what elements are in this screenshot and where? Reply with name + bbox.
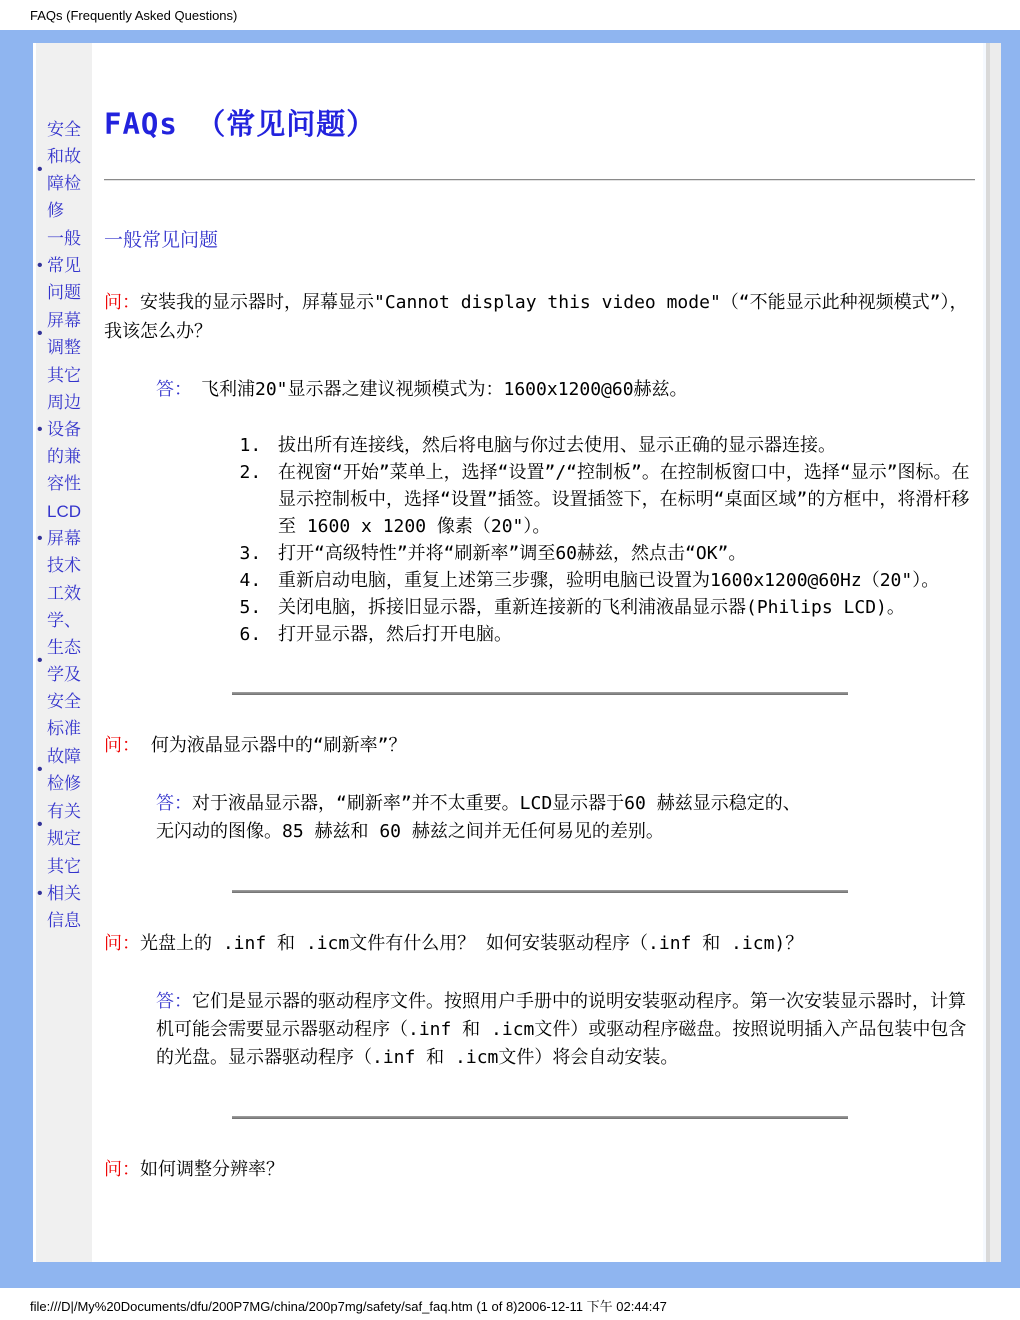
faq4-question: 问：如何调整分辨率？ [104,1155,975,1184]
sidebar-item-label[interactable]: 其它周边设备的兼容性 [47,362,87,497]
sidebar-item-label[interactable]: 安全和故障检修 [47,116,87,224]
sidebar-item-label[interactable]: 故障检修 [47,743,87,797]
faq1-answer: 答： 飞利浦20"显示器之建议视频模式为：1600x1200@60赫兹。 [156,376,975,404]
bullet-icon: • [37,422,47,438]
sidebar-item-other-info[interactable]: • 其它相关信息 [36,853,92,934]
faq2-answer: 答：对于液晶显示器，“刷新率”并不太重要。LCD显示器于60 赫兹显示稳定的、无… [156,790,975,846]
sidebar-item-safety-troubleshooting[interactable]: • 安全和故障检修 [36,116,92,224]
sidebar-item-label[interactable]: 工效学、生态学及安全标准 [47,580,87,742]
bullet-icon: • [37,162,47,178]
step-item: 关闭电脑，拆接旧显示器，重新连接新的飞利浦液晶显示器(Philips LCD)。 [272,594,975,621]
question-label: 问： [104,1159,140,1180]
answer-label: 答： [156,991,192,1012]
page: FAQs (Frequently Asked Questions) • 安全和故… [0,0,1020,1320]
scrollbar-track[interactable] [986,43,1001,1262]
sidebar-item-troubleshooting[interactable]: • 故障检修 [36,743,92,797]
question-label: 问： [104,933,140,954]
bullet-icon: • [37,326,47,342]
question-text: 何为液晶显示器中的“刷新率”？ [140,735,407,756]
content-panel: FAQs （常见问题） 一般常见问题 问：安装我的显示器时，屏幕显示"Canno… [92,43,983,1262]
sidebar-item-label[interactable]: 屏幕调整 [47,307,87,361]
question-label: 问： [104,292,140,313]
bullet-icon: • [37,653,47,669]
faq1-steps-list: 拔出所有连接线，然后将电脑与你过去使用、显示正确的显示器连接。 在视窗“开始”菜… [104,432,975,648]
faq3-question: 问：光盘上的 .inf 和 .icm文件有什么用？ 如何安装驱动程序（.inf … [104,929,975,958]
section-divider [232,692,848,695]
step-item: 打开显示器，然后打开电脑。 [272,621,975,648]
sidebar-item-lcd-technology[interactable]: • LCD屏幕技术 [36,498,92,579]
answer-text: 无闪动的图像。85 赫兹和 60 赫兹之间并无任何易见的差别。 [156,821,664,842]
bullet-icon: • [37,817,47,833]
faq1-question: 问：安装我的显示器时，屏幕显示"Cannot display this vide… [104,288,975,346]
faq3-answer: 答：它们是显示器的驱动程序文件。按照用户手册中的说明安装驱动程序。第一次安装显示… [156,988,975,1072]
step-item: 拔出所有连接线，然后将电脑与你过去使用、显示正确的显示器连接。 [272,432,975,459]
bullet-icon: • [37,531,47,547]
answer-text: 对于液晶显示器，“刷新率”并不太重要。LCD显示器于60 赫兹显示稳定的、 [192,793,801,814]
page-title: FAQs （常见问题） [104,105,975,143]
sidebar: • 安全和故障检修 • 一般常见问题 • 屏幕调整 • 其它周边设备的兼容性 •… [36,43,92,1262]
bullet-icon: • [37,258,47,274]
status-bar: file:///D|/My%20Documents/dfu/200P7MG/ch… [0,1288,1020,1320]
section-divider [232,1116,848,1119]
question-text: 安装我的显示器时，屏幕显示"Cannot display this video … [104,292,967,342]
section-divider [232,890,848,893]
faq2-question: 问： 何为液晶显示器中的“刷新率”？ [104,731,975,760]
answer-text: 飞利浦20"显示器之建议视频模式为：1600x1200@60赫兹。 [183,379,688,400]
file-path-text: file:///D|/My%20Documents/dfu/200P7MG/ch… [30,1299,667,1314]
sidebar-item-label[interactable]: 一般常见问题 [47,225,87,306]
window-title: FAQs (Frequently Asked Questions) [30,8,237,23]
step-item: 打开“高级特性”并将“刷新率”调至60赫兹，然点击“OK”。 [272,540,975,567]
section-heading: 一般常见问题 [104,225,975,252]
bullet-icon: • [37,886,47,902]
step-item: 在视窗“开始”菜单上，选择“设置”/“控制板”。在控制板窗口中，选择“显示”图标… [272,459,975,540]
answer-text: 它们是显示器的驱动程序文件。按照用户手册中的说明安装驱动程序。第一次安装显示器时… [156,991,966,1068]
window-title-bar: FAQs (Frequently Asked Questions) [0,0,1020,30]
sidebar-item-ergonomics-standards[interactable]: • 工效学、生态学及安全标准 [36,580,92,742]
bullet-icon: • [37,762,47,778]
answer-label: 答： [156,379,183,400]
question-label: 问： [104,735,140,756]
step-item: 重新启动电脑，重复上述第三步骤，验明电脑已设置为1600x1200@60Hz（2… [272,567,975,594]
question-text: 光盘上的 .inf 和 .icm文件有什么用？ 如何安装驱动程序（.inf 和 … [140,933,803,954]
question-text: 如何调整分辨率？ [140,1159,284,1180]
sidebar-item-label[interactable]: 其它相关信息 [47,853,87,934]
title-rule [104,179,975,181]
sidebar-item-general-faq[interactable]: • 一般常见问题 [36,225,92,306]
sidebar-item-label[interactable]: LCD屏幕技术 [47,498,87,579]
answer-label: 答： [156,793,192,814]
sidebar-item-screen-adjustment[interactable]: • 屏幕调整 [36,307,92,361]
sidebar-item-regulations[interactable]: • 有关规定 [36,798,92,852]
sidebar-item-compatibility[interactable]: • 其它周边设备的兼容性 [36,362,92,497]
sidebar-item-label[interactable]: 有关规定 [47,798,87,852]
